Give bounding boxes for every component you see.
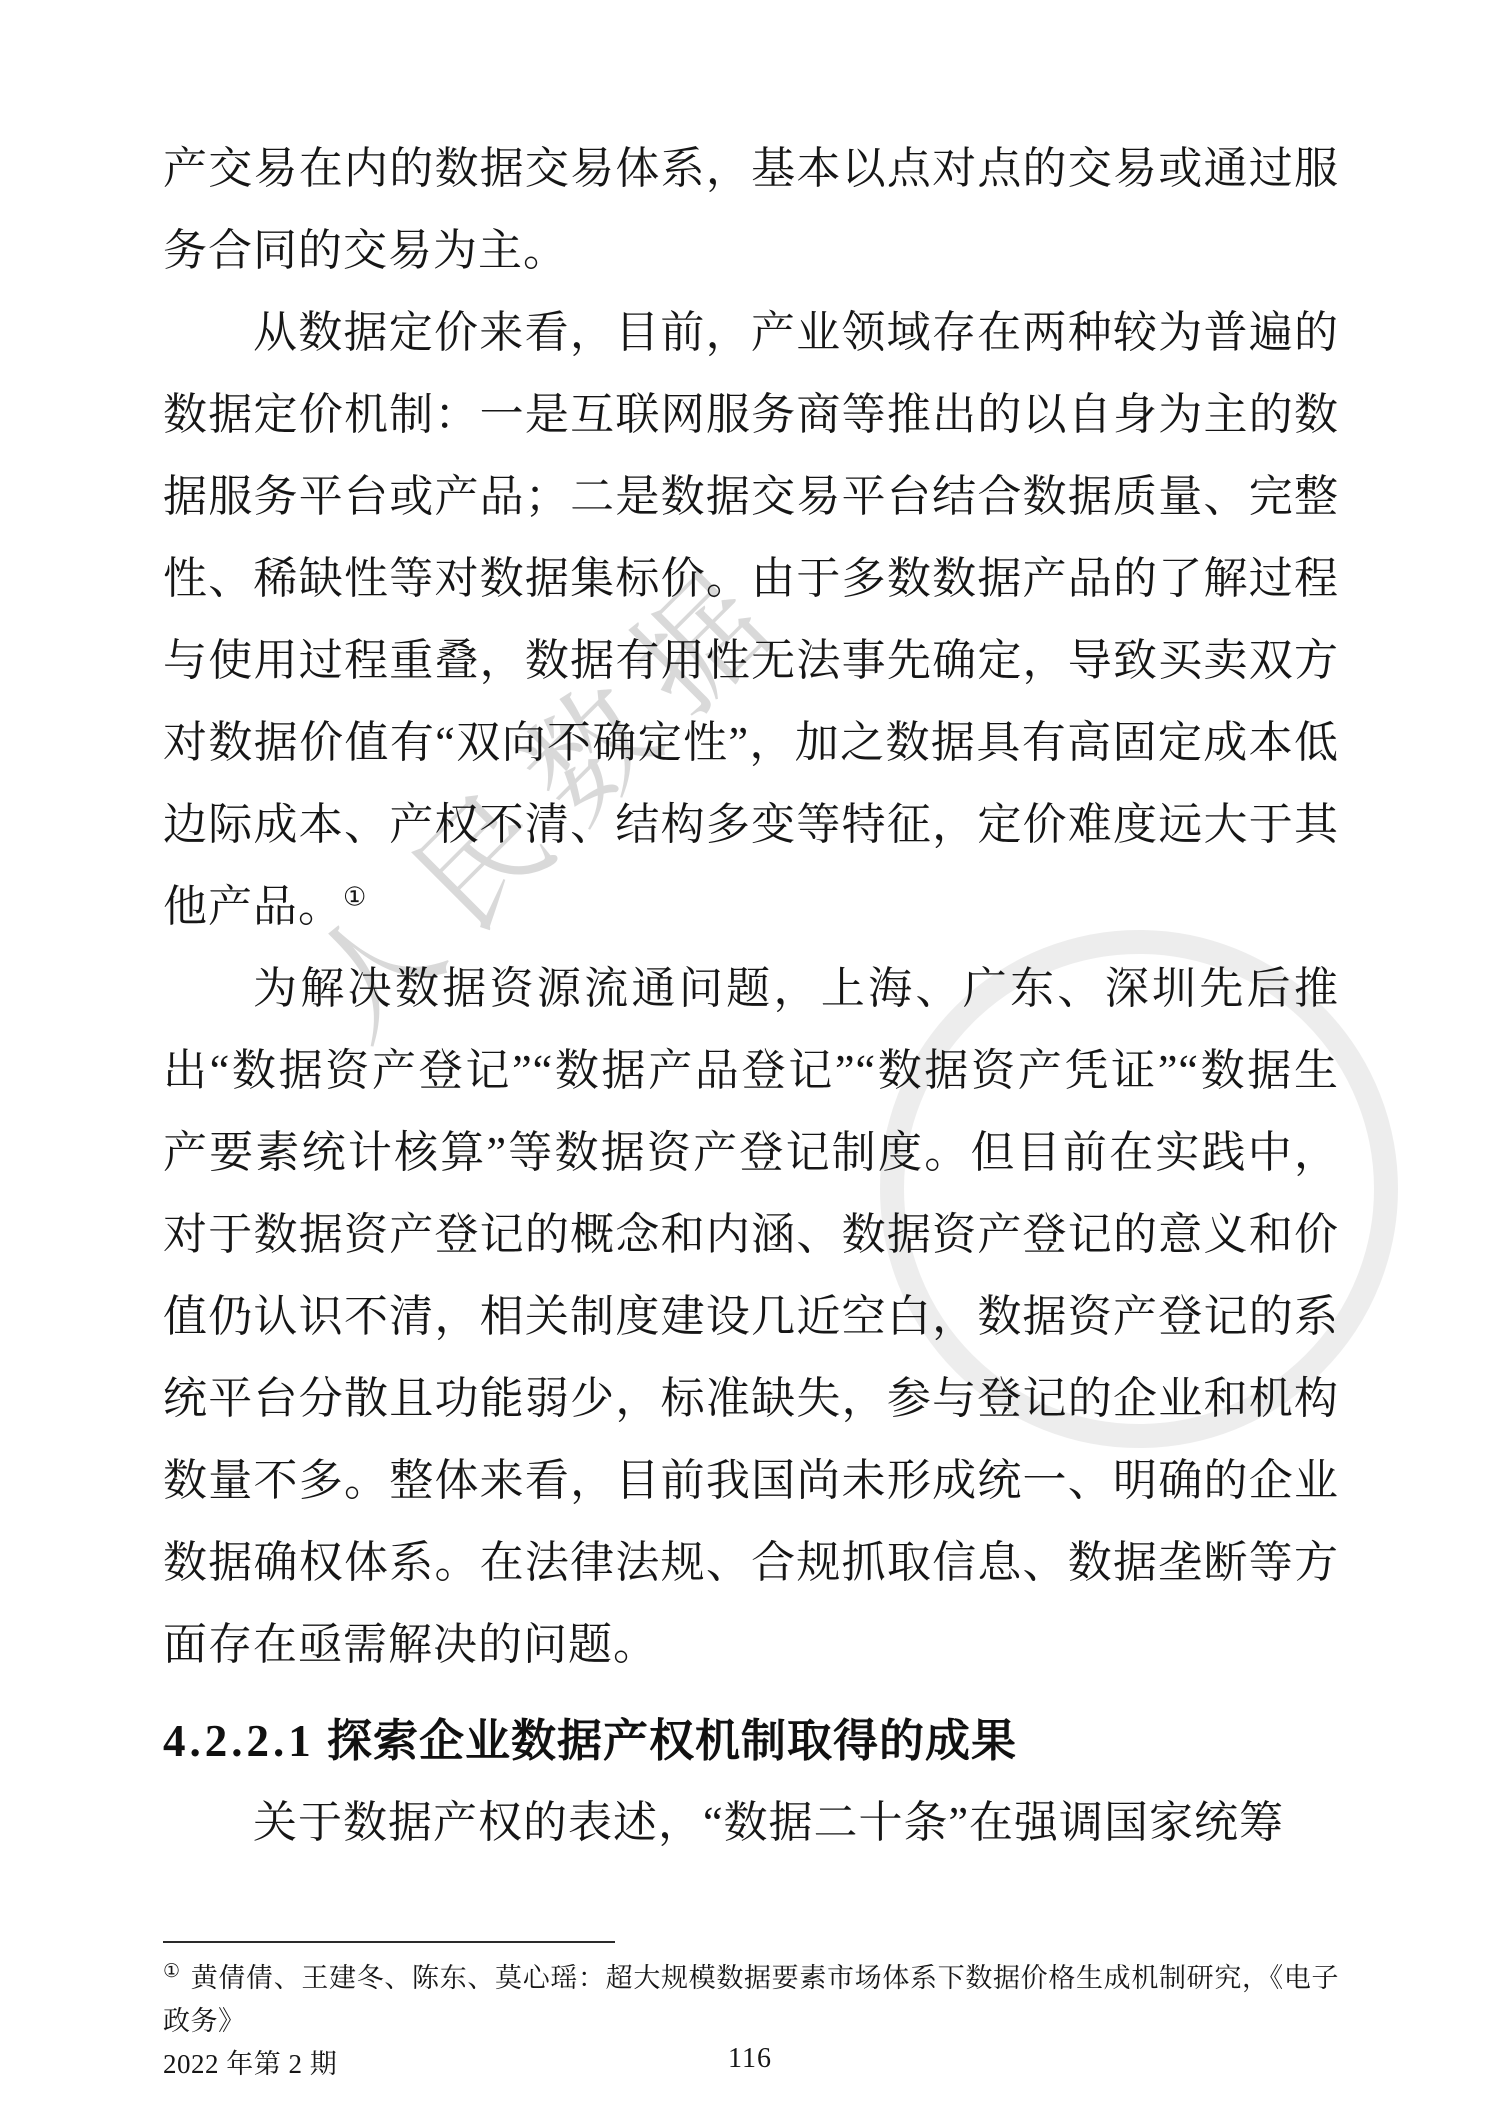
footnote-reference: ① xyxy=(343,882,367,911)
paragraph-continued: 产交易在内的数据交易体系，基本以点对点的交易或通过服务合同的交易为主。 xyxy=(163,128,1339,292)
paragraph-after-heading: 关于数据产权的表述，“数据二十条”在强调国家统筹 xyxy=(163,1782,1339,1864)
paragraph-text: 从数据定价来看，目前，产业领域存在两种较为普遍的数据定价机制：一是互联网服务商等… xyxy=(163,308,1339,931)
page-number: 116 xyxy=(0,2043,1500,2075)
document-body: 产交易在内的数据交易体系，基本以点对点的交易或通过服务合同的交易为主。 从数据定… xyxy=(163,128,1339,1864)
section-heading: 4.2.2.1 探索企业数据产权机制取得的成果 xyxy=(163,1700,1339,1782)
section-heading-number: 4.2.2.1 xyxy=(163,1716,315,1766)
paragraph-text: 为解决数据资源流通问题，上海、广东、深圳先后推出“数据资产登记”“数据产品登记”… xyxy=(163,964,1339,1669)
paragraph-text: 关于数据产权的表述，“数据二十条”在强调国家统筹 xyxy=(253,1798,1284,1847)
paragraph-data-registration: 为解决数据资源流通问题，上海、广东、深圳先后推出“数据资产登记”“数据产品登记”… xyxy=(163,948,1339,1686)
footnote-text: 黄倩倩、王建冬、陈东、莫心瑶：超大规模数据要素市场体系下数据价格生成机制研究，《… xyxy=(163,1963,1339,2036)
footnote-divider xyxy=(163,1941,615,1943)
paragraph-text: 产交易在内的数据交易体系，基本以点对点的交易或通过服务合同的交易为主。 xyxy=(163,144,1339,275)
section-heading-text: 探索企业数据产权机制取得的成果 xyxy=(327,1715,1017,1766)
document-page: 人民数据 产交易在内的数据交易体系，基本以点对点的交易或通过服务合同的交易为主。… xyxy=(0,0,1500,2121)
footnote-marker: ① xyxy=(163,1961,181,1982)
footnote-line-1: ①黄倩倩、王建冬、陈东、莫心瑶：超大规模数据要素市场体系下数据价格生成机制研究，… xyxy=(163,1957,1339,2043)
paragraph-data-pricing: 从数据定价来看，目前，产业领域存在两种较为普遍的数据定价机制：一是互联网服务商等… xyxy=(163,292,1339,948)
